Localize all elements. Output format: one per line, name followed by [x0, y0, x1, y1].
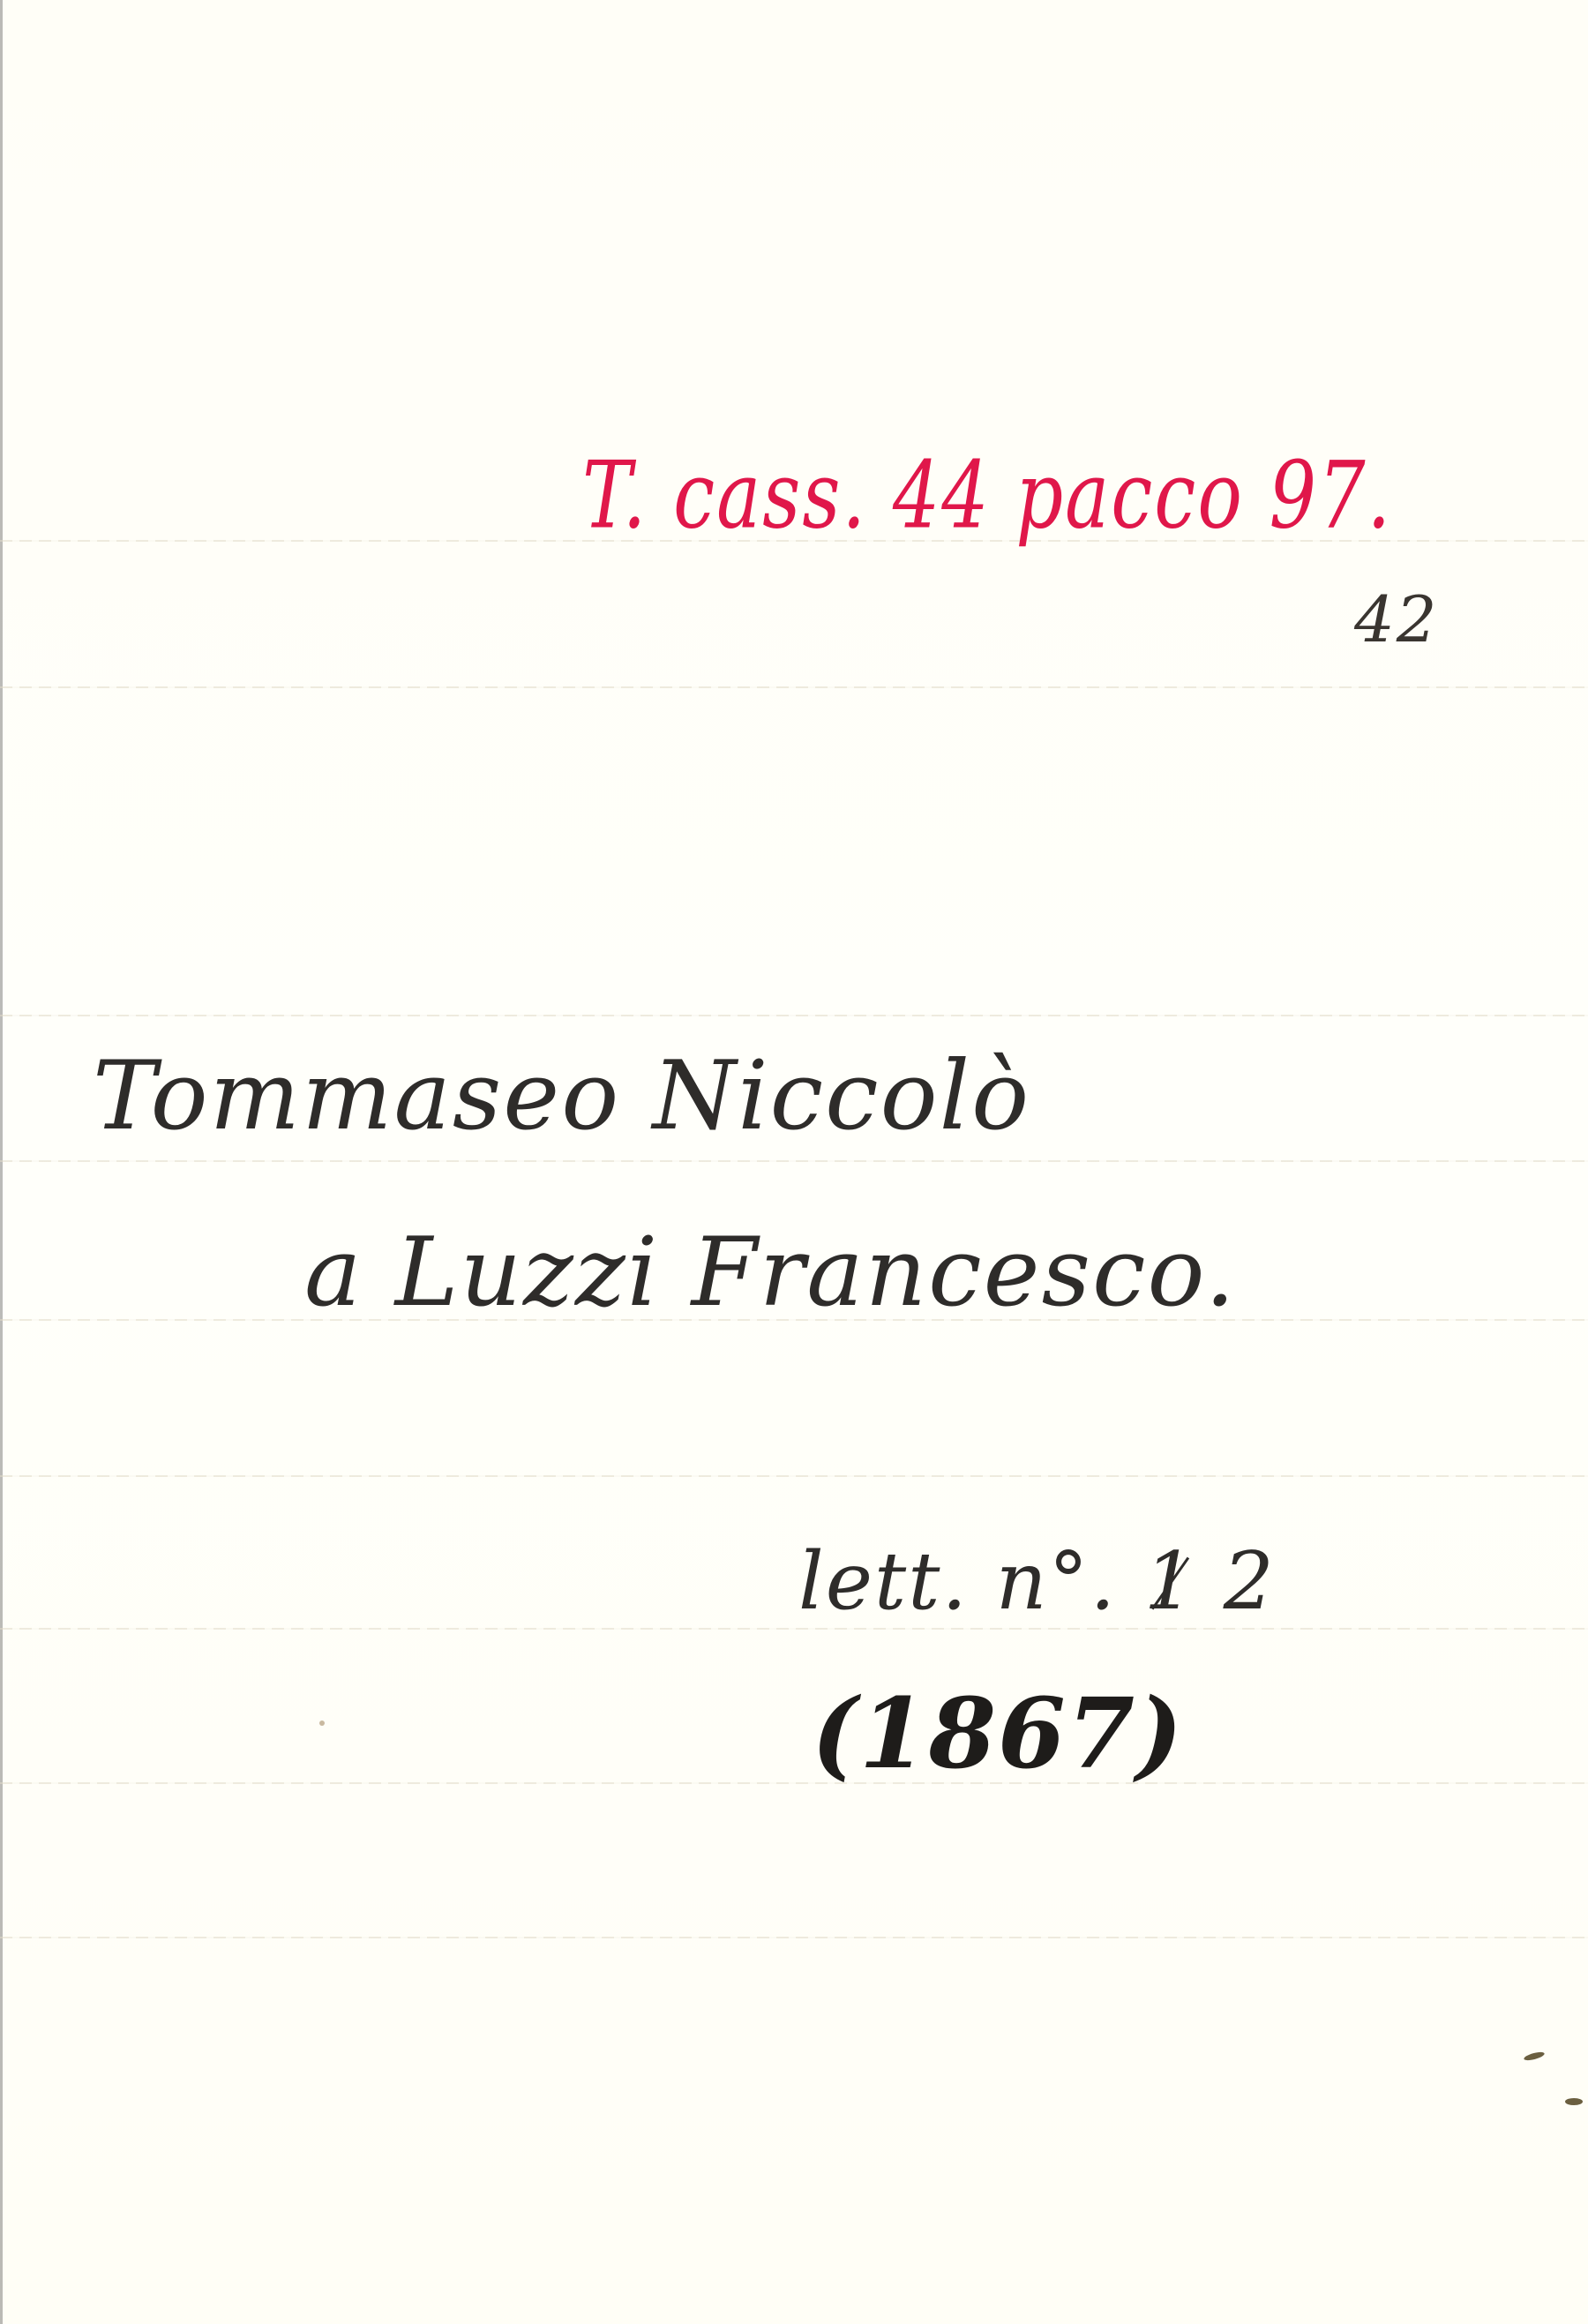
- ruled-line: [0, 1475, 1588, 1477]
- archive-index-card: T. cass. 44 pacco 97. 42 Tommaseo Niccol…: [0, 0, 1588, 2324]
- ink-speck: [319, 1721, 325, 1726]
- ruled-line: [0, 1160, 1588, 1162]
- letter-number: 2: [1224, 1535, 1276, 1628]
- ruled-line: [0, 686, 1588, 688]
- ruled-line: [0, 1782, 1588, 1784]
- ink-speck: [1524, 2050, 1546, 2062]
- ruled-line: [0, 1937, 1588, 1938]
- letter-label: lett. n°.: [798, 1535, 1117, 1628]
- author-name: Tommaseo Niccolò: [93, 1041, 1030, 1151]
- shelfmark-number: 42: [1354, 582, 1439, 656]
- letter-year: (1867): [812, 1676, 1184, 1790]
- letter-number-line: lett. n°. 1 2: [798, 1535, 1276, 1628]
- ruled-line: [0, 1015, 1588, 1016]
- ruled-line: [0, 1628, 1588, 1630]
- card-left-edge: [0, 0, 3, 2324]
- struck-number: 1: [1144, 1535, 1196, 1628]
- ink-speck: [1565, 2098, 1583, 2105]
- recipient-name: a Luzzi Francesco.: [304, 1218, 1237, 1328]
- shelfmark-red: T. cass. 44 pacco 97.: [582, 441, 1392, 550]
